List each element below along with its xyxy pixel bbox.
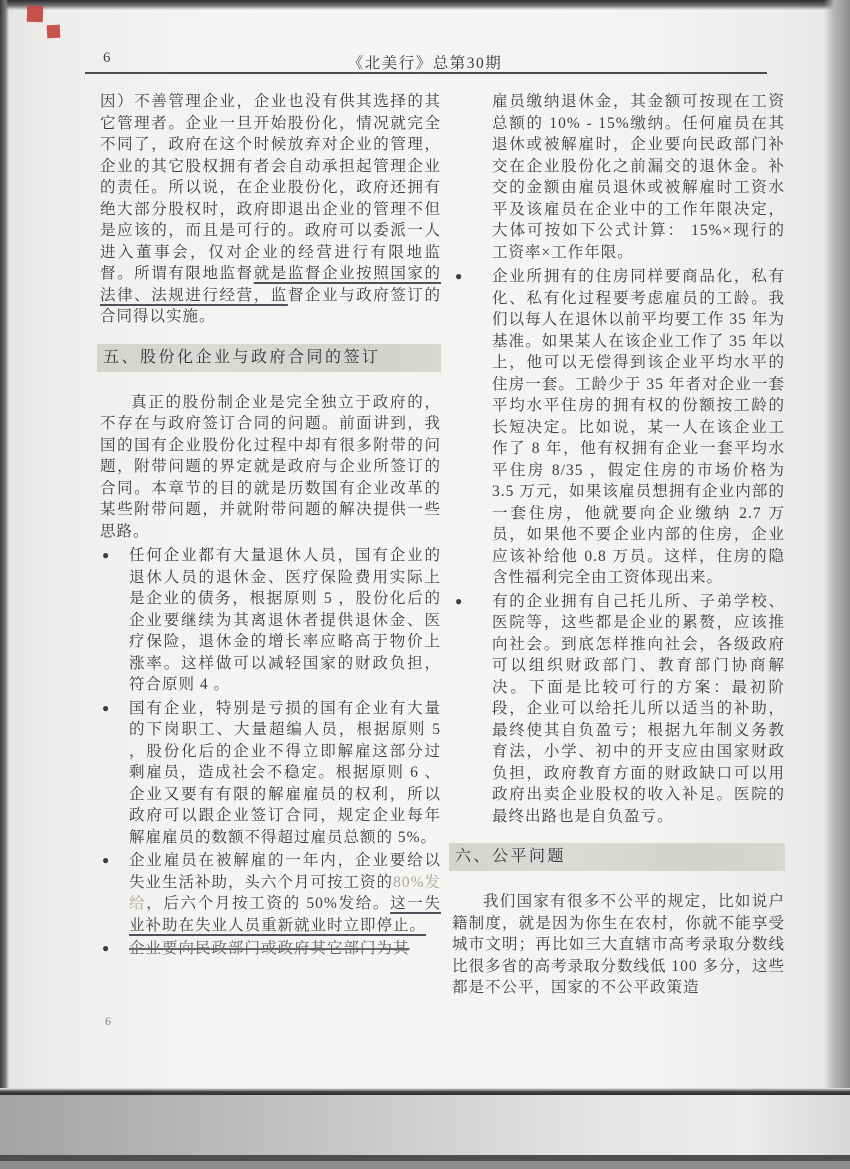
footer-faint-mark: 6 (105, 1014, 111, 1029)
list-item: ●有的企业拥有自己托儿所、子弟学校、医院等，这些都是企业的累赘，应该推向社会。到… (452, 591, 785, 828)
fairness-paragraph: 我们国家有很多不公平的规定，比如说户籍制度，就是因为你生在农村，你就不能享受城市… (452, 891, 785, 999)
paragraph-text: 因）不善管理企业，企业也没有供其选择的其它管理者。企业一旦开始股份化，情况就完全… (100, 93, 441, 282)
list-item: ●任何企业都有大量退休人员，国有企业的退休人员的退休金、医疗保险费用实际上是企业… (100, 545, 441, 696)
bullet-list-left: ●任何企业都有大量退休人员，国有企业的退休人员的退休金、医疗保险费用实际上是企业… (100, 545, 441, 960)
bullet-text: 企业所拥有的住房同样要商品化，私有化、私有化过程要考虑雇员的工龄。我们以每人在退… (492, 268, 785, 586)
bullet-icon: ● (102, 850, 109, 872)
right-column: 雇员缴纳退休金，其金额可按现在工资总额的 10% - 15%缴纳。任何雇员在其退… (452, 91, 785, 999)
list-item: ●国有企业，特别是亏损的国有企业有大量的下岗职工、大量超编人员，根据原则 5 ，… (100, 698, 441, 849)
red-stamp-mark-2 (47, 25, 61, 39)
bullet-text: 国有企业，特别是亏损的国有企业有大量的下岗职工、大量超编人员，根据原则 5 ，股… (129, 700, 441, 846)
list-item: ●企业要向民政部门或政府其它部门为其 (100, 938, 441, 960)
scan-edge-top (0, 0, 850, 10)
bullet-text: 任何企业都有大量退休人员，国有企业的退休人员的退休金、医疗保险费用实际上是企业的… (129, 547, 441, 693)
bullet-list-right: ●企业所拥有的住房同样要商品化，私有化、私有化过程要考虑雇员的工龄。我们以每人在… (452, 266, 785, 827)
scan-edge-left (0, 0, 9, 1169)
bullet-icon: ● (102, 698, 109, 720)
header-rule (85, 72, 767, 74)
red-stamp-mark-1 (27, 6, 44, 23)
bullet-text: 有的企业拥有自己托儿所、子弟学校、医院等，这些都是企业的累赘，应该推向社会。到底… (492, 593, 785, 825)
scan-edge-right (824, 0, 850, 1169)
page-bottom-edge (0, 1088, 850, 1095)
section-heading-6: 六、公平问题 (449, 843, 785, 871)
continuation-paragraph: 雇员缴纳退休金，其金额可按现在工资总额的 10% - 15%缴纳。任何雇员在其退… (492, 91, 785, 263)
journal-title: 《北美行》总第30期 (0, 51, 850, 73)
continuation-paragraph: 因）不善管理企业，企业也没有供其选择的其它管理者。企业一旦开始股份化，情况就完全… (100, 91, 441, 328)
bullet-icon: ● (455, 266, 462, 288)
scan-bottom-strip (0, 1161, 850, 1169)
struck-text: 企业要向民政部门或政府其它部门为其 (129, 940, 410, 957)
bullet-icon: ● (102, 545, 109, 567)
bullet-icon: ● (102, 938, 109, 960)
intro-paragraph: 真正的股份制企业是完全独立于政府的，不存在与政府签订合同的问题。前面讲到，我国的… (100, 392, 441, 543)
bullet-text: ，后六个月按工资的 50%发给。 (146, 895, 390, 912)
left-column: 因）不善管理企业，企业也没有供其选择的其它管理者。企业一旦开始股份化，情况就完全… (100, 91, 441, 962)
section-heading-5: 五、股份化企业与政府合同的签订 (97, 344, 441, 372)
scanned-journal-page: { "colors": { "paper": "#f4f3f1", "ink":… (0, 0, 850, 1169)
list-item: ●企业雇员在被解雇的一年内，企业要给以失业生活补助，头六个月可按工资的80%发给… (100, 850, 441, 936)
scanner-bed-band (0, 1095, 850, 1155)
list-item: ●企业所拥有的住房同样要商品化，私有化、私有化过程要考虑雇员的工龄。我们以每人在… (452, 266, 785, 589)
bullet-icon: ● (455, 591, 462, 613)
